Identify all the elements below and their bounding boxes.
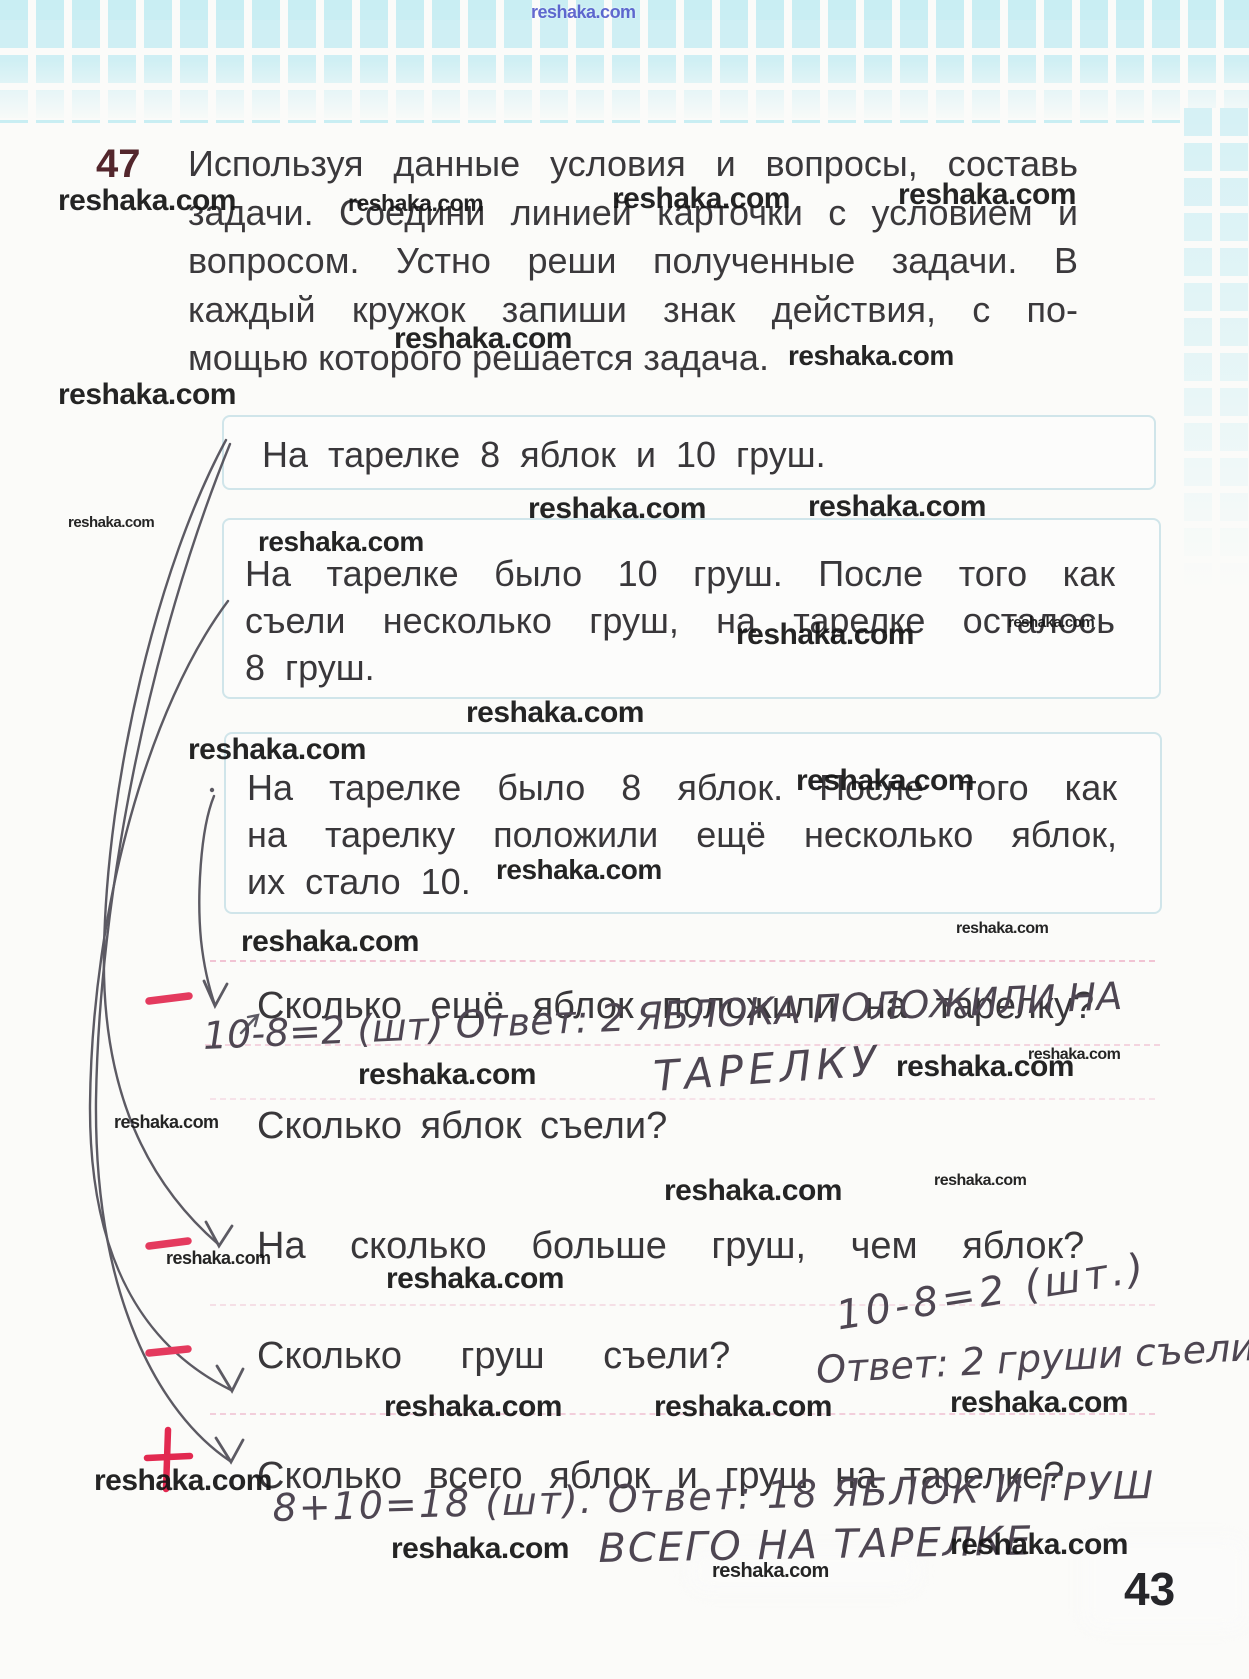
condition-text: 8 груш. — [245, 644, 1115, 691]
watermark: reshaka.com — [654, 1390, 832, 1424]
arrowhead-q1 — [204, 981, 227, 1006]
action-sign-minus-q4 — [149, 1349, 188, 1353]
arrowhead-q5 — [216, 1438, 243, 1462]
watermark: reshaka.com — [896, 1050, 1074, 1084]
page-number: 43 — [1124, 1562, 1175, 1616]
condition-text: На тарелке 8 яблок и 10 груш. — [262, 431, 1142, 478]
action-sign-minus-q3 — [149, 1241, 188, 1246]
condition-card-3: На тарелке было 8 яблок. После того как … — [224, 732, 1162, 914]
watermark: reshaka.com — [934, 1172, 1026, 1190]
watermark: reshaka.com — [358, 1058, 536, 1092]
watermark: reshaka.com — [956, 920, 1048, 938]
instruction-line: задачи. Соедини линией карточки с услови… — [188, 189, 1078, 238]
exercise-number: 47 — [96, 142, 141, 187]
answer-q5-line2: ВСЕГО НА ТАРЕЛКЕ — [598, 1518, 1033, 1572]
connector-card1-q5 — [96, 444, 230, 1461]
instruction-line: вопросом. Устно реши полученные задачи. … — [188, 237, 1078, 286]
question-3-text: На сколько больше груш, чем яблок? — [257, 1225, 1084, 1268]
question-2-text: Сколько яблок съели? — [257, 1105, 667, 1148]
condition-text: На тарелке было 8 яблок. После того как — [247, 764, 1117, 811]
watermark: reshaka.com — [391, 1532, 569, 1566]
instruction-line: каждый кружок запиши знак действия, с по… — [188, 286, 1078, 335]
connector-card1-q3 — [104, 440, 226, 1244]
checker-band-right — [1184, 108, 1249, 608]
instruction-line: мощью которого решается задача. — [188, 334, 1078, 383]
condition-card-1: На тарелке 8 яблок и 10 груш. — [222, 415, 1156, 490]
watermark: reshaka.com — [664, 1174, 842, 1208]
checker-band-top — [0, 20, 1249, 120]
question-4-text: Сколько груш съели? — [257, 1335, 730, 1378]
watermark: reshaka.com — [58, 378, 236, 412]
answer-q4-line2: Ответ: 2 груши съели — [815, 1325, 1249, 1392]
ruled-line — [210, 1413, 1155, 1415]
watermark: reshaka.com — [68, 514, 154, 531]
watermark: reshaka.com — [94, 1464, 272, 1498]
connector-card2-q4 — [90, 601, 231, 1390]
condition-text: На тарелке было 10 груш. После того как — [245, 550, 1115, 597]
condition-text: съели несколько груш, на тарелке осталос… — [245, 597, 1115, 644]
watermark: reshaka.com — [1028, 1046, 1120, 1064]
action-sign-plus-q5 — [147, 1430, 190, 1489]
pencil-dot — [210, 788, 214, 792]
condition-text: их стало 10. — [247, 858, 1117, 905]
instruction-line: Используя данные условия и вопросы, сост… — [188, 140, 1078, 189]
workbook-page: 47 Используя данные условия и вопросы, с… — [0, 0, 1249, 1679]
action-sign-minus-q1 — [149, 996, 189, 1001]
condition-text: на тарелку положили ещё несколько яблок, — [247, 811, 1117, 858]
condition-card-2: На тарелке было 10 груш. После того как … — [222, 518, 1161, 699]
watermark: reshaka.com — [241, 925, 419, 959]
watermark: reshaka.com — [466, 696, 644, 730]
watermark: reshaka.com — [384, 1390, 562, 1424]
watermark: reshaka.com — [114, 1112, 219, 1133]
watermark: reshaka.com — [166, 1248, 271, 1269]
arrowhead-q3 — [206, 1222, 232, 1246]
exercise-instruction: Используя данные условия и вопросы, сост… — [188, 140, 1078, 383]
arrowhead-q4 — [217, 1366, 243, 1391]
connector-card3-q1 — [199, 796, 215, 1005]
ruled-line — [210, 960, 1155, 962]
